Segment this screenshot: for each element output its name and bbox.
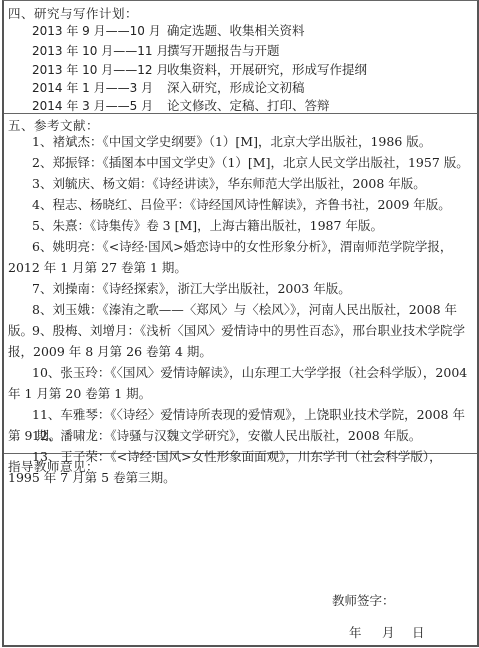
plan-task: 收集资料，开展研究，形成写作提纲 xyxy=(167,60,367,78)
plan-task: 论文修改、定稿、打印、答辩 xyxy=(167,96,330,114)
plan-row: 2014 年 1 月——3 月深入研究，形成论文初稿 xyxy=(32,78,305,96)
reference-item: 2、郑振铎：《插图本中国文学史》（1）[M]，北京人民文学出版社，1957 版。 xyxy=(8,152,473,173)
plan-task: 深入研究，形成论文初稿 xyxy=(167,78,305,96)
plan-row: 2014 年 3 月——5 月论文修改、定稿、打印、答辩 xyxy=(32,96,330,114)
date-day-label: 日 xyxy=(412,623,425,641)
advisor-opinion-heading: 指导教师意见： xyxy=(8,457,99,475)
reference-item: 4、程志、杨晓红、吕俭平：《诗经国风诗性解读》，齐鲁书社，2009 年版。 xyxy=(8,194,473,215)
references-section: 五、参考文献： 1、褚斌杰：《中国文学史纲要》（1）[M]，北京大学出版社，19… xyxy=(4,114,477,454)
reference-item: 7、刘操南：《诗经探索》，浙江大学出版社，2003 年版。 xyxy=(8,278,473,299)
research-plan-section: 四、研究与写作计划： 2013 年 9 月——10 月确定选题、收集相关资料 2… xyxy=(4,1,477,114)
plan-date: 2014 年 3 月——5 月 xyxy=(32,97,167,114)
plan-task: 撰写开题报告与开题 xyxy=(167,41,280,59)
teacher-signature-label: 教师签字： xyxy=(332,591,395,609)
research-plan-heading: 四、研究与写作计划： xyxy=(8,4,138,22)
advisor-opinion-section: 指导教师意见： 教师签字： 年 月 日 xyxy=(4,454,477,645)
date-year-label: 年 xyxy=(349,623,362,641)
plan-row: 2013 年 9 月——10 月确定选题、收集相关资料 xyxy=(32,21,305,39)
plan-date: 2014 年 1 月——3 月 xyxy=(32,79,167,96)
plan-row: 2013 年 10 月——11 月撰写开题报告与开题 xyxy=(32,41,280,59)
reference-item: 3、刘毓庆、杨文娟：《诗经讲读》，华东师范大学出版社，2008 年版。 xyxy=(8,173,473,194)
plan-task: 确定选题、收集相关资料 xyxy=(167,21,305,39)
date-month-label: 月 xyxy=(382,623,395,641)
plan-row: 2013 年 10 月——12 月收集资料，开展研究，形成写作提纲 xyxy=(32,60,367,78)
reference-item: 6、姚明亮：《<诗经·国风>婚恋诗中的女性形象分析》，渭南师范学院学报，2012… xyxy=(8,236,473,278)
reference-item: 1、褚斌杰：《中国文学史纲要》（1）[M]，北京大学出版社，1986 版。 xyxy=(8,131,473,152)
reference-item: 9、殷梅、刘增月：《浅析〈国风〉爱情诗中的男性百态》，邢台职业技术学院学报，20… xyxy=(8,320,473,362)
plan-date: 2013 年 9 月——10 月 xyxy=(32,22,167,39)
reference-item: 10、张玉玲：《〈国风〉爱情诗解读》，山东理工大学学报（社会科学版），2004 … xyxy=(8,362,473,404)
plan-date: 2013 年 10 月——12 月 xyxy=(32,61,167,78)
reference-item: 5、朱熹：《诗集传》卷 3 [M]，上海古籍出版社，1987 年版。 xyxy=(8,215,473,236)
proposal-form-table: 四、研究与写作计划： 2013 年 9 月——10 月确定选题、收集相关资料 2… xyxy=(2,0,479,647)
plan-date: 2013 年 10 月——11 月 xyxy=(32,42,167,59)
reference-item: 12、潘啸龙：《诗骚与汉魏文学研究》，安徽人民出版社，2008 年版。 xyxy=(8,425,473,446)
